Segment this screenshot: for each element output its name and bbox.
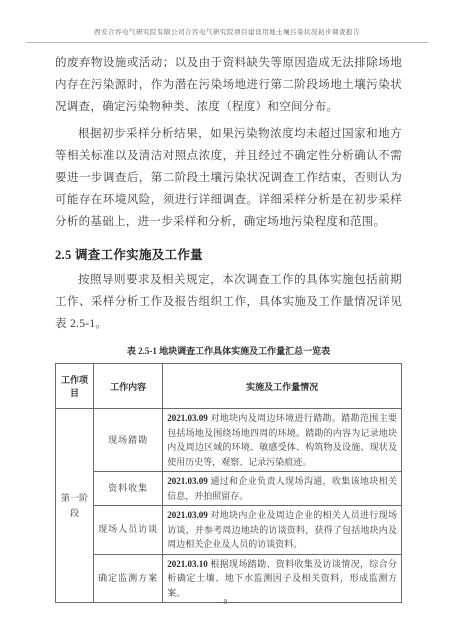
row-detail: 2021.03.09 对地块内及周边环境进行踏勘。踏勘范围主要包括场地及围绕场地…: [163, 409, 402, 472]
page-number: - 9 -: [0, 597, 452, 606]
header-cell-project: 工作项目: [56, 364, 94, 409]
page-body: 的废弃物设施或活动；以及由于资料缺失等原因造成无法排除场地内存在污染源时，作为潜…: [55, 52, 402, 603]
stage-cell: 第一阶段: [56, 409, 94, 603]
paragraph-continuation: 的废弃物设施或活动；以及由于资料缺失等原因造成无法排除场地内存在污染源时，作为潜…: [55, 52, 402, 118]
paragraph-2: 根据初步采样分析结果，如果污染物浓度均未超过国家和地方等相关标准以及清洁对照点浓…: [55, 123, 402, 233]
row-date: 2021.03.09: [167, 510, 208, 520]
document-page: 西安合容电气研究院有限公司合容电气研究院项目建设用地土壤污染状况初步调查报告 的…: [0, 0, 452, 639]
row-label: 现场踏勘: [94, 409, 163, 472]
table-row: 第一阶段 现场踏勘 2021.03.09 对地块内及周边环境进行踏勘。踏勘范围主…: [56, 409, 402, 472]
table-header-row: 工作项目 工作内容 实施及工作量情况: [56, 364, 402, 409]
section-heading-2-5: 2.5 调查工作实施及工作量: [55, 245, 402, 263]
row-detail: 2021.03.09 对地块内企业及周边企业的相关人员进行现场访谈，并参考周边地…: [163, 506, 402, 555]
row-date: 2021.03.09: [167, 476, 208, 486]
row-detail: 2021.03.10 根据现场踏勘、资料收集及访谈情况，综合分析确定土壤、地下水…: [163, 554, 402, 603]
row-label: 确定监测方案: [94, 554, 163, 603]
table-row: 资料收集 2021.03.09 通过和企业负责人现场沟通，收集该地块相关信息，并…: [56, 472, 402, 506]
running-header: 西安合容电气研究院有限公司合容电气研究院项目建设用地土壤污染状况初步调查报告: [26, 27, 428, 43]
header-cell-detail: 实施及工作量情况: [163, 364, 402, 409]
table-row: 现场人员访谈 2021.03.09 对地块内企业及周边企业的相关人员进行现场访谈…: [56, 506, 402, 555]
row-detail: 2021.03.09 通过和企业负责人现场沟通，收集该地块相关信息，并拍照留存。: [163, 472, 402, 506]
paragraph-3: 按照导则要求及相关规定，本次调查工作的具体实施包括前期工作、采样分析工作及报告组…: [55, 269, 402, 335]
row-label: 资料收集: [94, 472, 163, 506]
header-cell-content: 工作内容: [94, 364, 163, 409]
row-label: 现场人员访谈: [94, 506, 163, 555]
table-row: 确定监测方案 2021.03.10 根据现场踏勘、资料收集及访谈情况，综合分析确…: [56, 554, 402, 603]
work-summary-table: 工作项目 工作内容 实施及工作量情况 第一阶段 现场踏勘 2021.03.09 …: [55, 363, 402, 603]
row-date: 2021.03.10: [167, 559, 208, 569]
row-date: 2021.03.09: [167, 413, 208, 423]
table-caption: 表 2.5-1 地块调查工作具体实施及工作量汇总一览表: [55, 344, 402, 357]
